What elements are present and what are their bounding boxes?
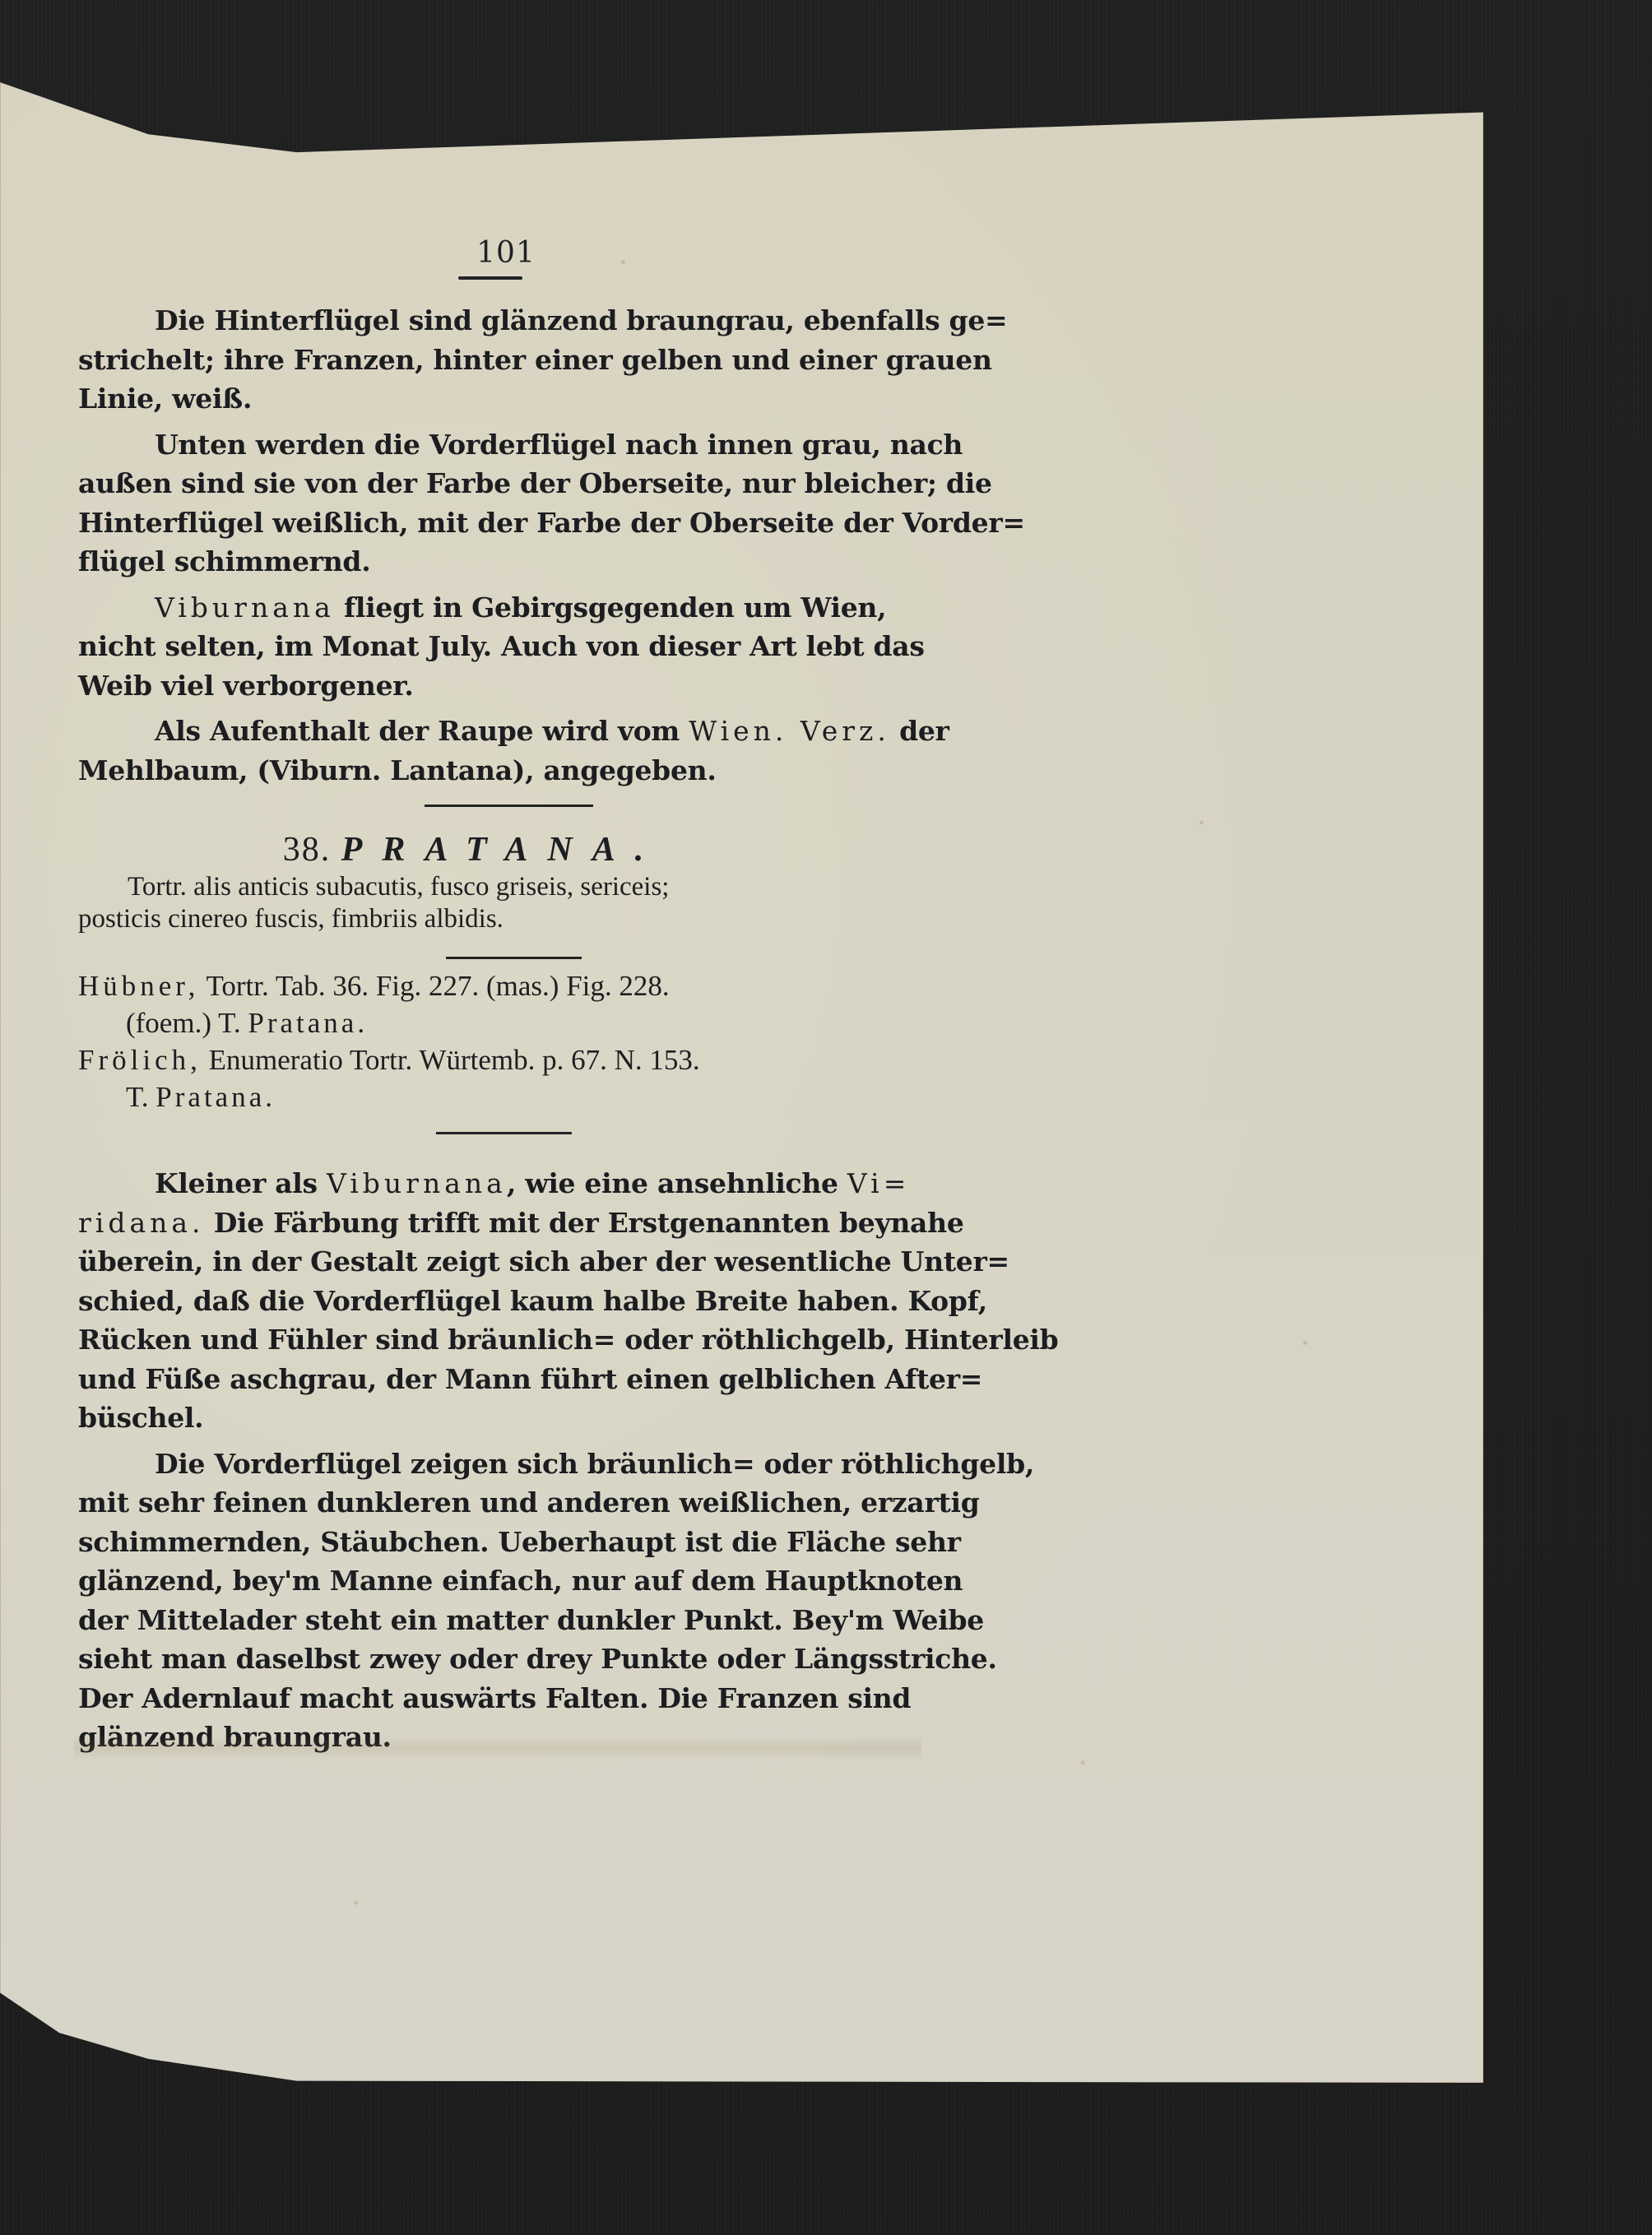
text-column: Die Hinterflügel sind glänzend braungrau…	[78, 229, 926, 1764]
text-line: Hinterflügel weißlich, mit der Farbe der…	[78, 503, 926, 543]
section-2-text: Kleiner als Viburnana, wie eine ansehnli…	[78, 1164, 926, 1757]
text-fragment: Als Aufenthalt der Raupe wird vom	[155, 715, 689, 747]
reference-text: T.	[126, 1081, 155, 1113]
reference-huebner: Hübner, Tortr. Tab. 36. Fig. 227. (mas.)…	[78, 967, 926, 1041]
reference-line: T. Pratana.	[78, 1078, 926, 1115]
section-divider	[446, 957, 582, 959]
paragraph-hinterfluegel: Die Hinterflügel sind glänzend braungrau…	[78, 301, 926, 419]
species-name: Viburnana	[327, 1167, 507, 1199]
paragraph-flugzeit: Viburnana fliegt in Gebirgsgegenden um W…	[78, 588, 926, 706]
reference-line: Frölich, Enumeratio Tortr. Würtemb. p. 6…	[78, 1041, 926, 1078]
species-name: Viburnana	[155, 591, 335, 624]
text-line: büschel.	[78, 1398, 926, 1438]
references: Hübner, Tortr. Tab. 36. Fig. 227. (mas.)…	[78, 967, 926, 1115]
reference-text: Tortr. Tab. 36. Fig. 227. (mas.) Fig. 22…	[199, 970, 669, 1002]
entry-number: 38.	[283, 831, 332, 869]
species-name: ridana.	[78, 1207, 205, 1239]
text-line: und Füße aschgrau, der Mann führt einen …	[78, 1360, 926, 1399]
text-fragment: fliegt in Gebirgsgegenden um Wien,	[335, 591, 886, 624]
text-line: strichelt; ihre Franzen, hinter einer ge…	[78, 341, 926, 380]
reference-text: (foem.) T.	[126, 1007, 248, 1039]
paragraph-aufenthalt: Als Aufenthalt der Raupe wird vom Wien. …	[78, 712, 926, 790]
reference-line: Hübner, Tortr. Tab. 36. Fig. 227. (mas.)…	[78, 967, 926, 1004]
diagnosis-line: Tortr. alis anticis subacutis, fusco gri…	[78, 871, 926, 903]
text-line: der Mittelader steht ein matter dunkler …	[78, 1601, 926, 1640]
text-line: glänzend, bey'm Manne einfach, nur auf d…	[78, 1561, 926, 1601]
text-line: ridana. Die Färbung trifft mit der Erstg…	[78, 1203, 926, 1243]
text-line: mit sehr feinen dunkleren und anderen we…	[78, 1483, 926, 1523]
reference-author: Hübner,	[78, 970, 199, 1002]
text-line: Linie, weiß.	[78, 379, 926, 419]
text-line: schied, daß die Vorderflügel kaum halbe …	[78, 1282, 926, 1321]
text-fragment: Die Färbung trifft mit der Erstgenannten…	[205, 1207, 964, 1239]
reference-text: Enumeratio Tortr. Würtemb. p. 67. N. 153…	[202, 1044, 700, 1076]
text-fragment: Kleiner als	[155, 1167, 327, 1199]
reference-species: Pratana.	[248, 1007, 368, 1039]
entry-name: PRATANA.	[341, 831, 664, 869]
section-1-text: Die Hinterflügel sind glänzend braungrau…	[78, 301, 926, 790]
text-line: Der Adernlauf macht auswärts Falten. Die…	[78, 1679, 926, 1718]
section-divider	[425, 805, 593, 807]
text-line: Unten werden die Vorderflügel nach innen…	[78, 425, 926, 465]
text-line: schimmernden, Stäubchen. Ueberhaupt ist …	[78, 1523, 926, 1562]
paragraph-unterseite: Unten werden die Vorderflügel nach innen…	[78, 425, 926, 582]
text-line: Mehlbaum, (Viburn. Lantana), angegeben.	[78, 751, 926, 791]
reference-line: (foem.) T. Pratana.	[78, 1004, 926, 1041]
text-line: Die Hinterflügel sind glänzend braungrau…	[78, 301, 926, 341]
reference-species: Pratana.	[155, 1081, 276, 1113]
source-abbrev: Wien. Verz.	[689, 715, 890, 747]
text-line: sieht man daselbst zwey oder drey Punkte…	[78, 1639, 926, 1679]
text-line: Viburnana fliegt in Gebirgsgegenden um W…	[78, 588, 926, 628]
text-line: flügel schimmernd.	[78, 542, 926, 582]
text-line: Weib viel verborgener.	[78, 666, 926, 706]
text-line: nicht selten, im Monat July. Auch von di…	[78, 627, 926, 666]
section-divider	[436, 1132, 572, 1134]
text-line: außen sind sie von der Farbe der Obersei…	[78, 464, 926, 503]
text-line: Rücken und Fühler sind bräunlich= oder r…	[78, 1320, 926, 1360]
paper-stain	[74, 1736, 921, 1760]
reference-froelich: Frölich, Enumeratio Tortr. Würtemb. p. 6…	[78, 1041, 926, 1115]
entry-heading: 38. PRATANA.	[78, 833, 926, 866]
text-line: Die Vorderflügel zeigen sich bräunlich= …	[78, 1444, 926, 1484]
text-line: Als Aufenthalt der Raupe wird vom Wien. …	[78, 712, 926, 751]
paragraph-vergleich: Kleiner als Viburnana, wie eine ansehnli…	[78, 1164, 926, 1438]
diagnosis-line: posticis cinereo fuscis, fimbriis albidi…	[78, 903, 926, 935]
text-fragment: der	[890, 715, 949, 747]
text-line: überein, in der Gestalt zeigt sich aber …	[78, 1242, 926, 1282]
text-fragment: , wie eine ansehnliche	[507, 1167, 847, 1199]
reference-author: Frölich,	[78, 1044, 202, 1076]
entry-diagnosis: Tortr. alis anticis subacutis, fusco gri…	[78, 871, 926, 935]
paragraph-vorderfluegel: Die Vorderflügel zeigen sich bräunlich= …	[78, 1444, 926, 1757]
species-name: Vi=	[847, 1167, 910, 1199]
text-line: Kleiner als Viburnana, wie eine ansehnli…	[78, 1164, 926, 1203]
